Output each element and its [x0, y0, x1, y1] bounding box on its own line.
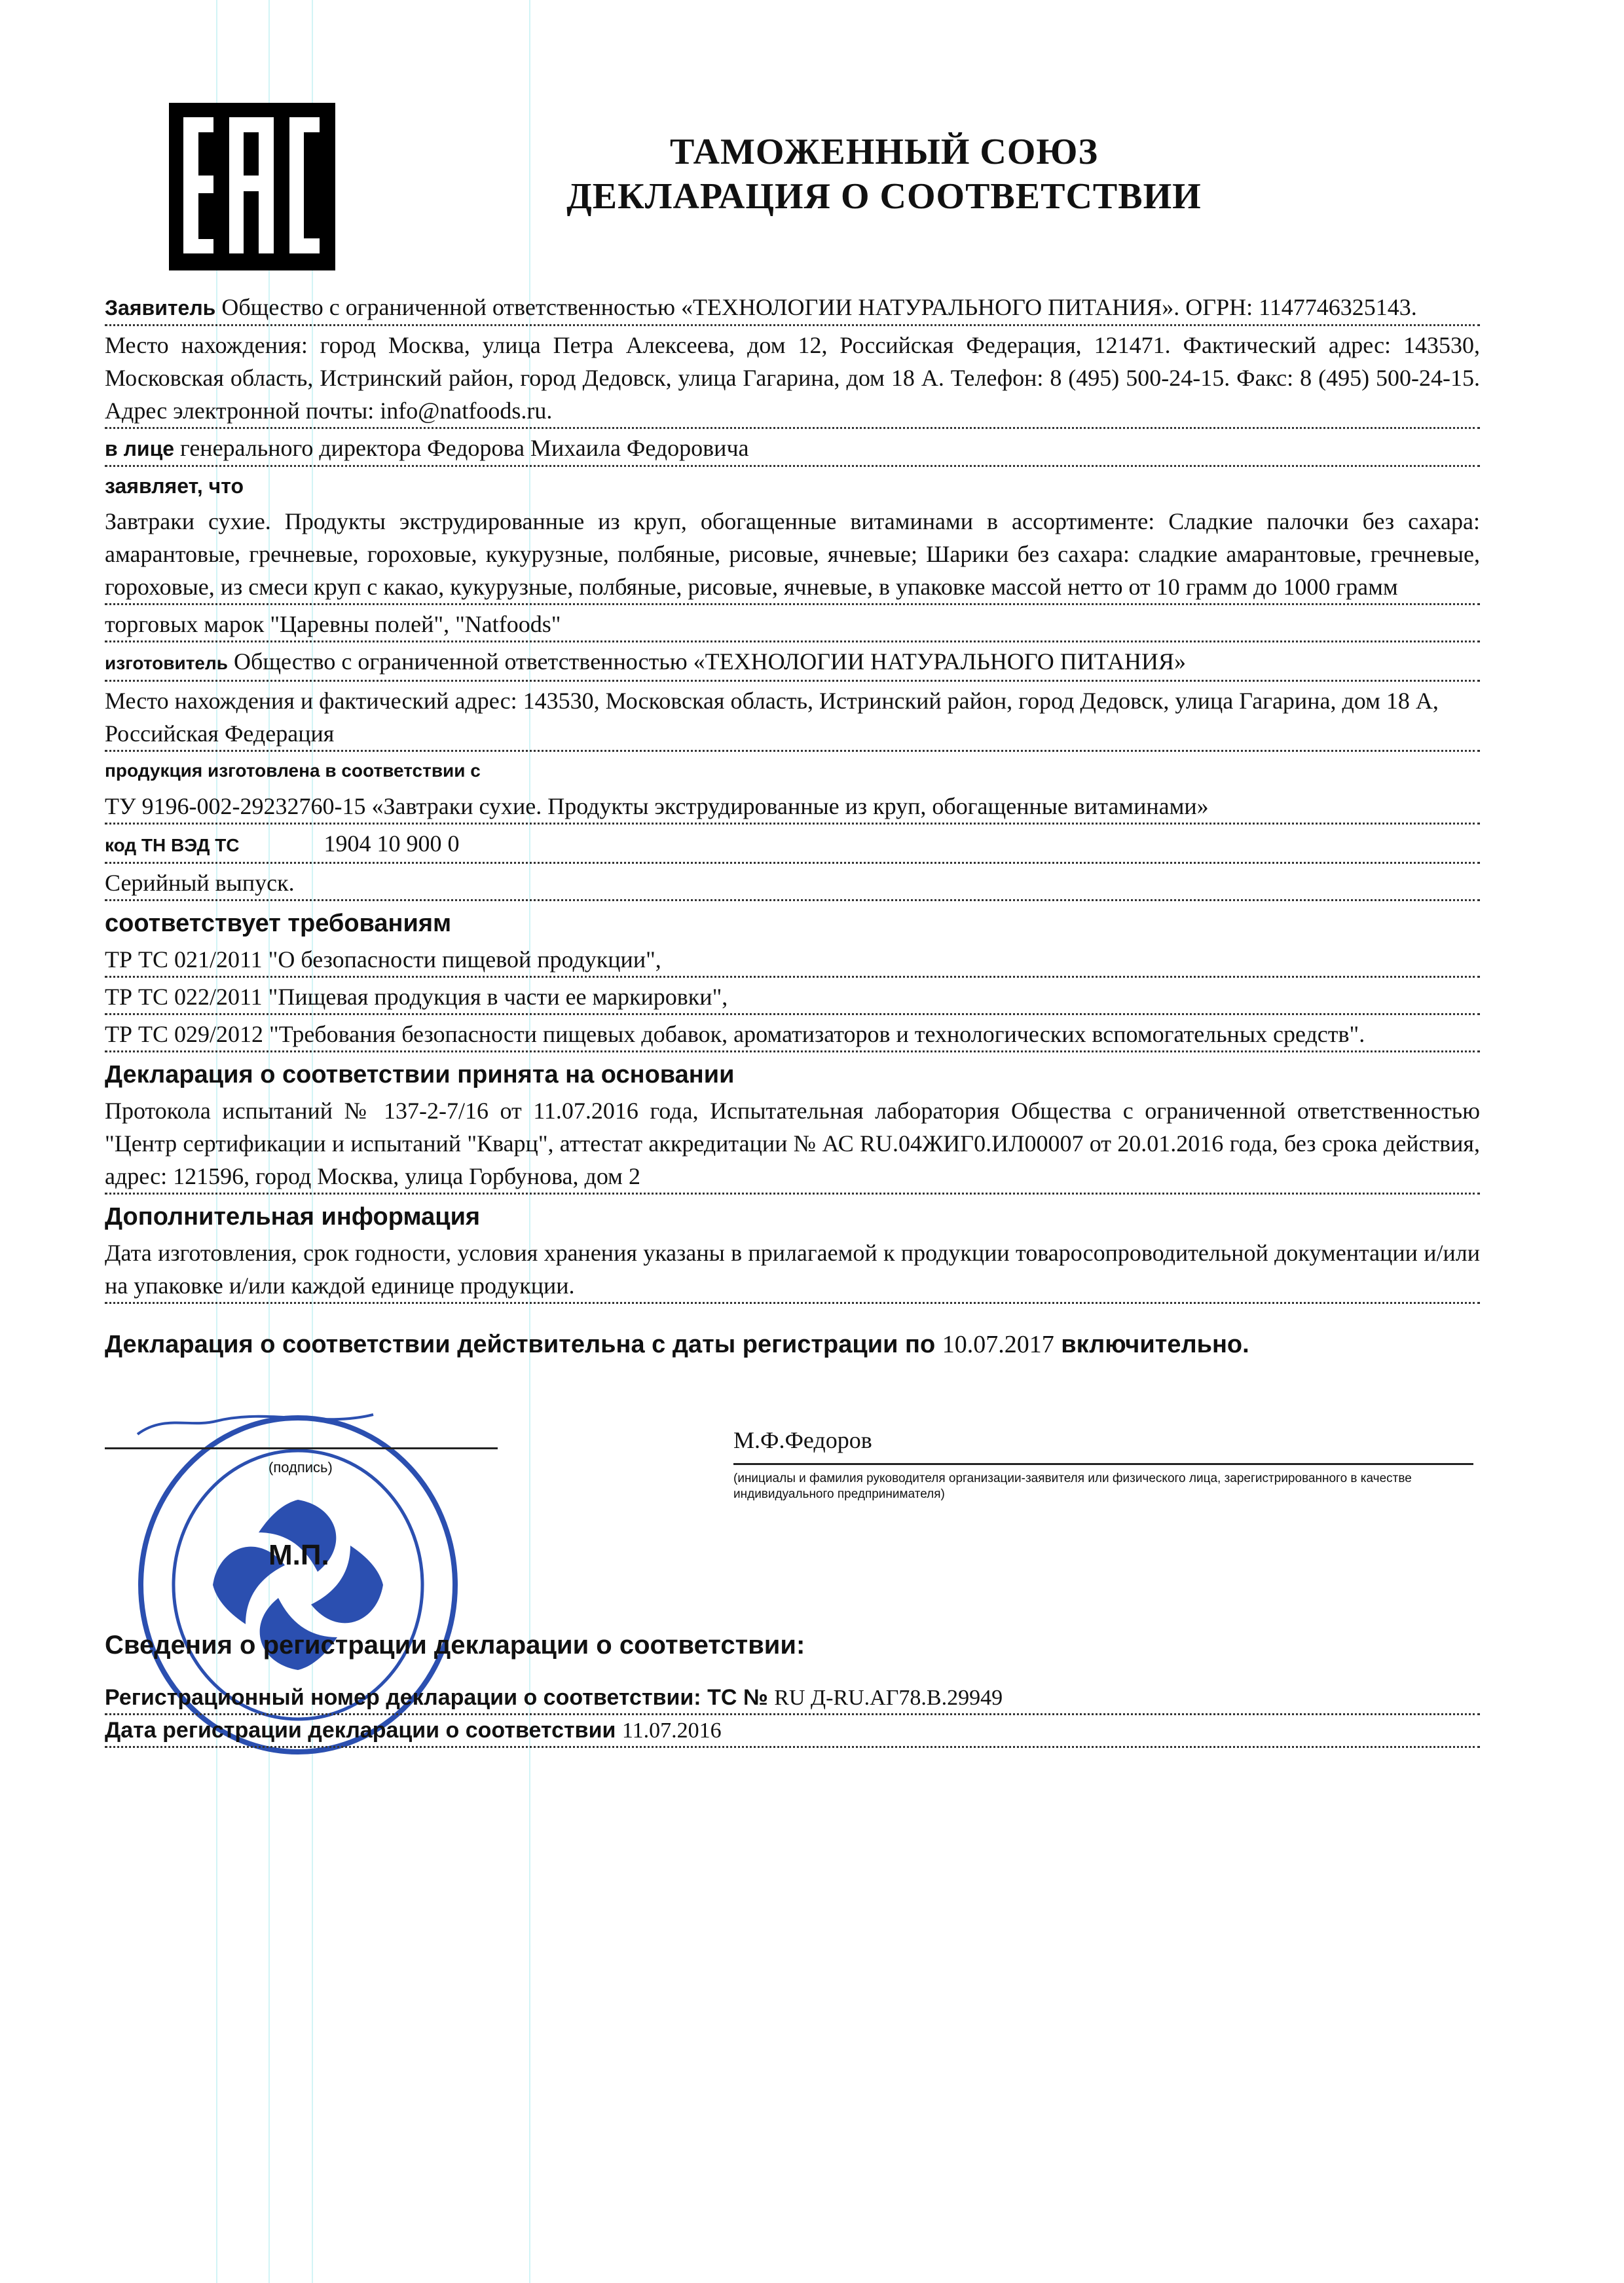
registration-number-label: Регистрационный номер декларации о соотв… — [105, 1685, 768, 1710]
requirements-label: соответствует требованиям — [105, 901, 1480, 940]
signature-line — [105, 1447, 498, 1449]
validity-date: 10.07.2017 — [942, 1331, 1054, 1358]
represented-text: генерального директора Федорова Михаила … — [180, 435, 749, 461]
additional-label: Дополнительная информация — [105, 1195, 1480, 1234]
applicant-address: Место нахождения: город Москва, улица Пе… — [105, 326, 1480, 429]
produced-per-text: ТУ 9196-002-29232760-15 «Завтраки сухие.… — [105, 787, 1480, 825]
declaration-body: Заявитель Общество с ограниченной ответс… — [105, 288, 1480, 1359]
tn-ved-row: код ТН ВЭД ТС 1904 10 900 0 — [105, 825, 1480, 864]
stamp-place-label: М.П. — [268, 1539, 329, 1572]
registration-section: Сведения о регистрации декларации о соот… — [105, 1631, 1480, 1748]
declares-label: заявляет, что — [105, 467, 1480, 502]
eac-logo-icon — [169, 103, 335, 270]
registration-number: RU Д-RU.АГ78.В.29949 — [774, 1686, 1003, 1710]
validity-statement: Декларация о соответствии действительна … — [105, 1330, 1480, 1359]
title-customs-union: ТАМОЖЕННЫЙ СОЮЗ — [458, 131, 1310, 173]
manufacturer-name: Общество с ограниченной ответственностью… — [234, 648, 1186, 675]
validity-suffix: включительно. — [1061, 1331, 1249, 1358]
applicant-row: Заявитель Общество с ограниченной ответс… — [105, 288, 1480, 326]
registration-date: 11.07.2016 — [622, 1718, 722, 1743]
tn-ved-code: 1904 10 900 0 — [324, 827, 460, 860]
release-type: Серийный выпуск. — [105, 864, 1480, 901]
requirement-item: ТР ТС 029/2012 "Требования безопасности … — [105, 1015, 1480, 1052]
registration-heading: Сведения о регистрации декларации о соот… — [105, 1631, 1480, 1660]
manufacturer-label: изготовитель — [105, 653, 228, 673]
signer-caption: (инициалы и фамилия руководителя организ… — [733, 1471, 1473, 1502]
signer-name: М.Ф.Федоров — [733, 1426, 872, 1454]
signature-area: (подпись) М.П. М.Ф.Федоров (инициалы и ф… — [105, 1395, 1480, 1670]
represented-label: в лице — [105, 437, 174, 460]
requirement-item: ТР ТС 022/2011 "Пищевая продукция в част… — [105, 978, 1480, 1015]
additional-text: Дата изготовления, срок годности, услови… — [105, 1234, 1480, 1304]
applicant-name: Общество с ограниченной ответственностью… — [221, 294, 1416, 320]
represented-row: в лице генерального директора Федорова М… — [105, 429, 1480, 467]
applicant-label: Заявитель — [105, 296, 215, 320]
registration-date-row: Дата регистрации декларации о соответств… — [105, 1715, 1480, 1748]
validity-prefix: Декларация о соответствии действительна … — [105, 1331, 935, 1358]
produced-per-label: продукция изготовлена в соответствии с — [105, 752, 1480, 787]
manufacturer-address: Место нахождения и фактический адрес: 14… — [105, 682, 1480, 752]
product-description: Завтраки сухие. Продукты экструдированны… — [105, 502, 1480, 605]
manufacturer-row: изготовитель Общество с ограниченной отв… — [105, 642, 1480, 682]
brands: торговых марок "Царевны полей", "Natfood… — [105, 605, 1480, 642]
tn-ved-label: код ТН ВЭД ТС — [105, 835, 240, 855]
registration-number-row: Регистрационный номер декларации о соотв… — [105, 1682, 1480, 1715]
basis-label: Декларация о соответствии принята на осн… — [105, 1052, 1480, 1092]
requirement-item: ТР ТС 021/2011 "О безопасности пищевой п… — [105, 940, 1480, 978]
basis-text: Протокола испытаний № 137-2-7/16 от 11.0… — [105, 1092, 1480, 1195]
signer-name-line — [733, 1463, 1473, 1465]
title-declaration: ДЕКЛАРАЦИЯ О СООТВЕТСТВИИ — [458, 176, 1310, 217]
signature-caption: (подпись) — [268, 1459, 333, 1476]
registration-date-label: Дата регистрации декларации о соответств… — [105, 1718, 616, 1743]
